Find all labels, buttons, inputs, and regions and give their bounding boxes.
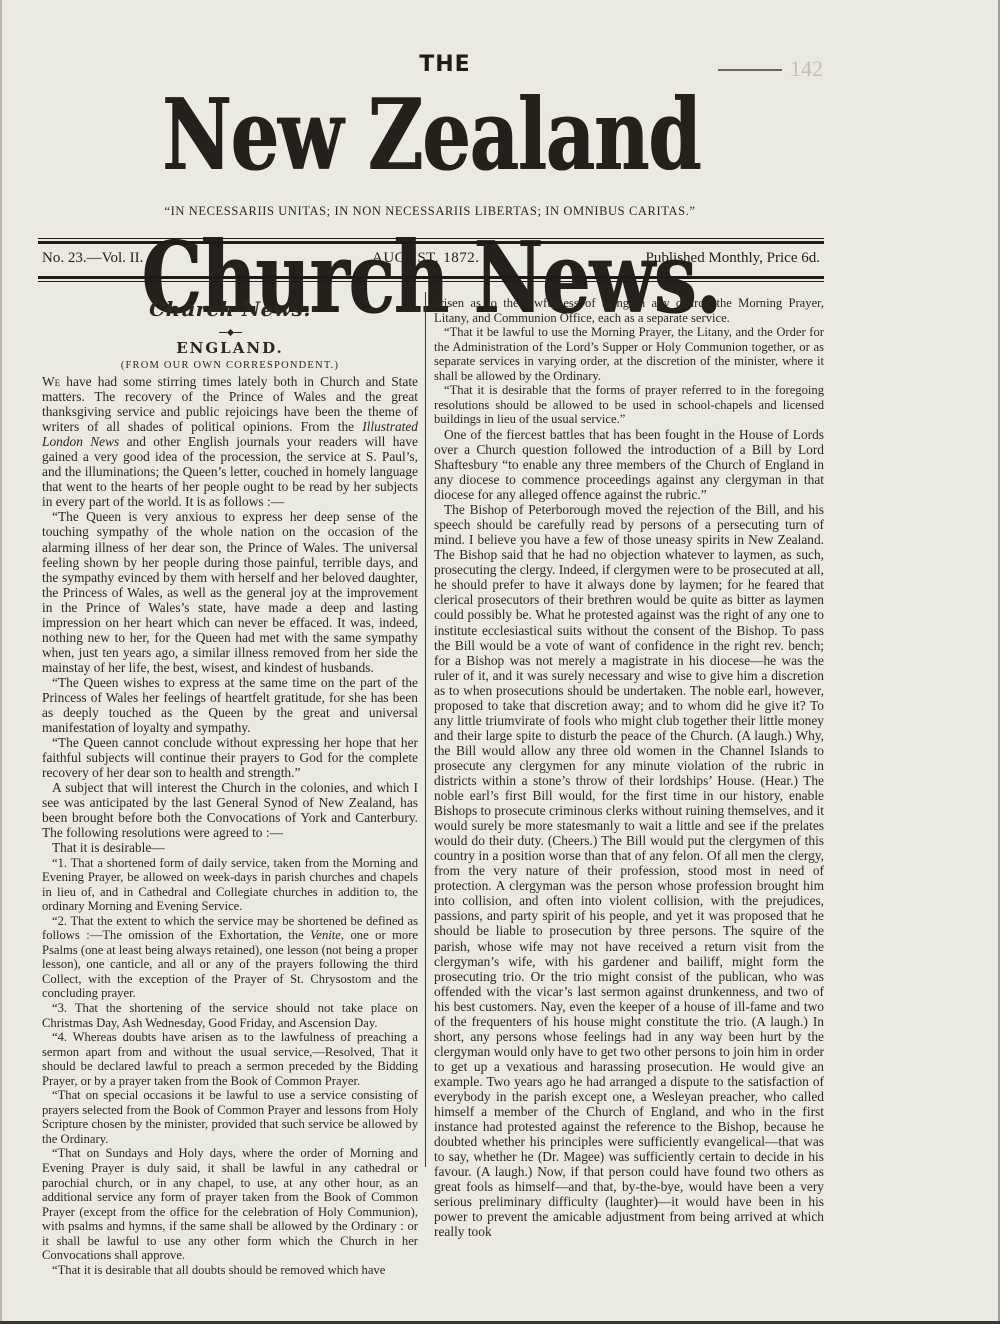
paragraph: “The Queen is very anxious to express he… bbox=[42, 509, 418, 675]
diamond-ornament-icon bbox=[226, 329, 233, 336]
issue-line: No. 23.—Vol. II. AUGUST, 1872. Published… bbox=[42, 250, 820, 272]
paragraph: A subject that will interest the Church … bbox=[42, 780, 418, 840]
newspaper-page: 142 THE New Zealand Church News. “IN NEC… bbox=[0, 0, 1000, 1324]
rule-top-thin bbox=[38, 238, 824, 239]
resolutions-block: “1. That a shortened form of daily servi… bbox=[42, 856, 418, 1278]
rule-bottom-thin bbox=[38, 281, 824, 282]
resolution: “2. That the extent to which the service… bbox=[42, 914, 418, 1001]
right-column: arisen as to the lawfulness of using in … bbox=[434, 296, 824, 1239]
resolution: “That on Sundays and Holy days, where th… bbox=[42, 1146, 418, 1262]
paragraph: That it is desirable— bbox=[42, 840, 418, 855]
section-title: Church News. bbox=[42, 296, 418, 322]
rule-bottom-thick bbox=[38, 276, 824, 279]
ornament-divider bbox=[42, 324, 418, 338]
paragraph: We have had some stirring times lately b… bbox=[42, 374, 418, 509]
section-byline: (FROM OUR OWN CORRESPONDENT.) bbox=[42, 358, 418, 374]
rule-top-thick bbox=[38, 241, 824, 244]
paragraph: The Bishop of Peterborough moved the rej… bbox=[434, 502, 824, 1239]
resolution: “That it is desirable that the forms of … bbox=[434, 383, 824, 427]
resolution: “That it is desirable that all doubts sh… bbox=[42, 1263, 418, 1278]
column-divider bbox=[425, 292, 426, 1167]
resolution: “That on special occasions it be lawful … bbox=[42, 1088, 418, 1146]
paragraph: One of the fiercest battles that has bee… bbox=[434, 427, 824, 502]
resolution: “4. Whereas doubts have arisen as to the… bbox=[42, 1030, 418, 1088]
issue-date: AUGUST, 1872. bbox=[372, 250, 479, 267]
masthead-title: New Zealand Church News. bbox=[36, 64, 826, 207]
resolution: “3. That the shortening of the service s… bbox=[42, 1001, 418, 1030]
resolution: “1. That a shortened form of daily servi… bbox=[42, 856, 418, 914]
page-edge-left bbox=[0, 0, 2, 1324]
issue-number: No. 23.—Vol. II. bbox=[42, 250, 143, 267]
resolutions-continued: arisen as to the lawfulness of using in … bbox=[434, 296, 824, 427]
issue-price: Published Monthly, Price 6d. bbox=[646, 250, 820, 267]
section-country: ENGLAND. bbox=[42, 338, 418, 358]
resolution: “That it be lawful to use the Morning Pr… bbox=[434, 325, 824, 383]
masthead-motto: “IN NECESSARIIS UNITAS; IN NON NECESSARI… bbox=[0, 204, 860, 219]
resolution: arisen as to the lawfulness of using in … bbox=[434, 296, 824, 325]
left-column: Church News. ENGLAND. (FROM OUR OWN CORR… bbox=[42, 292, 418, 1277]
paragraph: “The Queen wishes to express at the same… bbox=[42, 675, 418, 735]
paragraph: “The Queen cannot conclude without expre… bbox=[42, 735, 418, 780]
